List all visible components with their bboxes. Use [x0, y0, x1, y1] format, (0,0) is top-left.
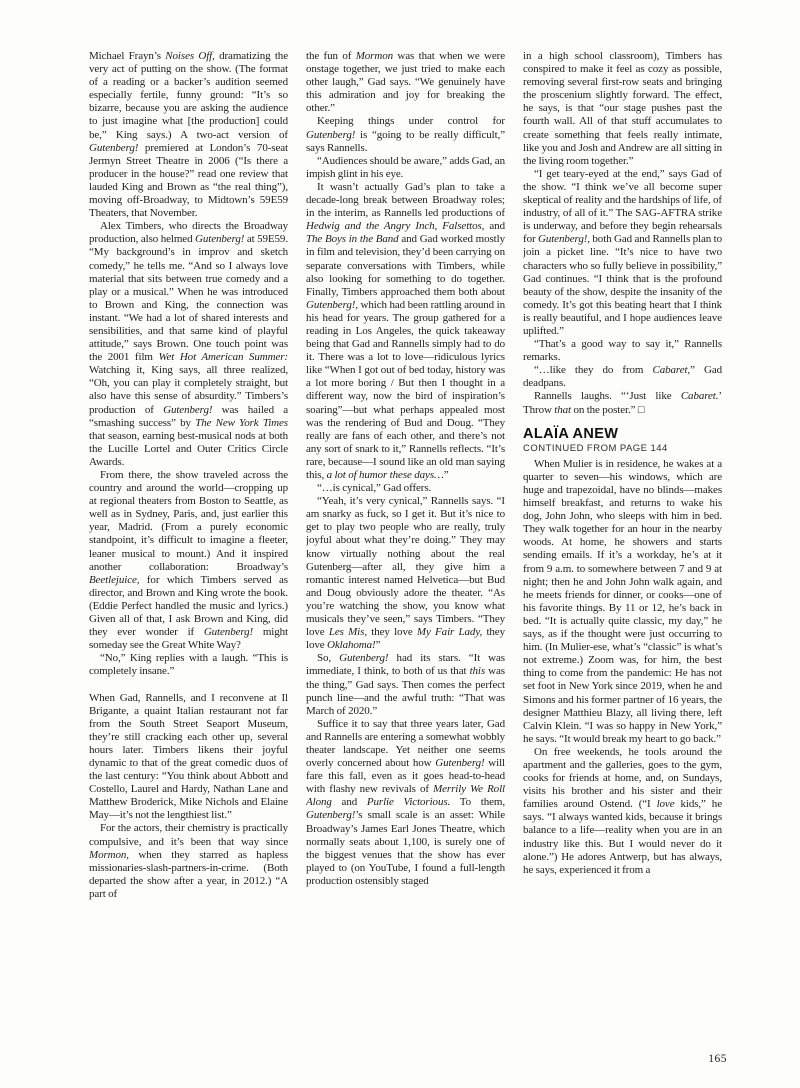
text-run: Wet Hot American Summer:	[158, 351, 288, 363]
paragraph: Suffice it to say that three years later…	[306, 718, 505, 888]
text-column-1: Michael Frayn’s Noises Off, dramatizing …	[89, 50, 288, 1014]
text-run: love	[657, 798, 675, 810]
text-run: The New York Times	[195, 417, 288, 429]
text-run: The Boys in the Band	[306, 233, 399, 245]
text-run: From there, the show traveled across the…	[89, 469, 288, 573]
text-run: at 59E59. “My background’s in improv and…	[89, 233, 288, 363]
article-columns: Michael Frayn’s Noises Off, dramatizing …	[89, 50, 722, 1014]
paragraph: “I get teary-eyed at the end,” says Gad …	[523, 168, 722, 338]
text-run: that	[554, 404, 571, 416]
text-run: To them,	[450, 796, 505, 808]
paragraph: For the actors, their chemistry is pract…	[89, 822, 288, 901]
continued-from-note: CONTINUED FROM PAGE 144	[523, 442, 722, 455]
text-run: Cabaret.	[681, 390, 719, 402]
text-run: Falsettos,	[442, 220, 484, 232]
text-run: Gutenberg!	[306, 809, 355, 821]
text-run: Gutenberg!	[339, 652, 388, 664]
text-run: Gutenberg!	[204, 626, 253, 638]
text-run: this	[470, 665, 486, 677]
text-run: dramatizing the very act of putting on t…	[89, 50, 288, 141]
text-run: Gutenberg!	[163, 404, 212, 416]
text-run: When Mulier is in residence, he wakes at…	[523, 458, 722, 745]
text-run: they love	[367, 626, 417, 638]
text-run: and	[484, 220, 505, 232]
paragraph: the fun of Mormon was that when we were …	[306, 50, 505, 115]
paragraph: From there, the show traveled across the…	[89, 469, 288, 652]
text-run: When Gad, Rannells, and I reconvene at I…	[89, 692, 288, 822]
text-run: “No,” King replies with a laugh. “This i…	[89, 652, 288, 677]
paragraph: When Gad, Rannells, and I reconvene at I…	[89, 692, 288, 823]
paragraph: in a high school classroom), Timbers has…	[523, 50, 722, 168]
paragraph: So, Gutenberg! had its stars. “It was im…	[306, 652, 505, 717]
text-run: It wasn’t actually Gad’s plan to take a …	[306, 181, 505, 219]
text-run: Gutenberg!	[306, 129, 355, 141]
text-run: the fun of	[306, 50, 356, 62]
text-run: Gutenberg!	[435, 757, 484, 769]
text-run: in a high school classroom), Timbers has…	[523, 50, 722, 167]
text-run: Cabaret,	[652, 364, 690, 376]
paragraph: Alex Timbers, who directs the Broadway p…	[89, 220, 288, 469]
text-run: “…like they do from	[534, 364, 652, 376]
text-run: Noises Off,	[165, 50, 214, 62]
text-run: Michael Frayn’s	[89, 50, 165, 62]
text-run: a lot of humor these days…	[327, 469, 444, 481]
text-column-2: the fun of Mormon was that when we were …	[306, 50, 505, 1014]
text-run: on the poster.” □	[571, 404, 644, 416]
text-run: “…is cynical,” Gad offers.	[317, 482, 431, 494]
text-run: and	[332, 796, 367, 808]
text-run: Gutenberg!,	[306, 299, 358, 311]
text-run: which had been rattling around in his he…	[306, 299, 505, 481]
magazine-page: Michael Frayn’s Noises Off, dramatizing …	[0, 0, 800, 1088]
paragraph: “No,” King replies with a laugh. “This i…	[89, 652, 288, 678]
text-run: Rannells laughs. “‘Just like	[534, 390, 681, 402]
paragraph: It wasn’t actually Gad’s plan to take a …	[306, 181, 505, 482]
paragraph: “…like they do from Cabaret,” Gad deadpa…	[523, 364, 722, 390]
paragraph: “…is cynical,” Gad offers.	[306, 482, 505, 495]
paragraph: “That’s a good way to say it,” Rannells …	[523, 338, 722, 364]
text-run: that season, earning best-musical nods a…	[89, 430, 288, 468]
text-column-3: in a high school classroom), Timbers has…	[523, 50, 722, 1014]
text-run: Les Mis,	[329, 626, 367, 638]
text-run: ”	[376, 639, 381, 651]
text-run: My Fair Lady,	[417, 626, 482, 638]
paragraph: Rannells laughs. “‘Just like Cabaret.’ T…	[523, 390, 722, 416]
text-run: Gutenberg!	[195, 233, 244, 245]
section-heading: ALAÏA ANEW	[523, 428, 722, 441]
text-run: Keeping things under control for	[317, 115, 505, 127]
text-run: Gutenberg!,	[538, 233, 590, 245]
text-run: Purlie Victorious.	[367, 796, 450, 808]
text-run: “That’s a good way to say it,” Rannells …	[523, 338, 722, 363]
text-run: Gutenberg!	[89, 142, 138, 154]
text-run: Beetlejuice,	[89, 574, 139, 586]
paragraph: Michael Frayn’s Noises Off, dramatizing …	[89, 50, 288, 220]
paragraph: “Audiences should be aware,” adds Gad, a…	[306, 155, 505, 181]
text-run: So,	[317, 652, 339, 664]
text-run: Oklahoma!	[327, 639, 376, 651]
paragraph: On free weekends, he tools around the ap…	[523, 746, 722, 877]
paragraph: Keeping things under control for Gutenbe…	[306, 115, 505, 154]
text-run: both Gad and Rannells plan to join a pic…	[523, 233, 722, 337]
page-number: 165	[708, 1053, 727, 1065]
paragraph: “Yeah, it’s very cynical,” Rannells says…	[306, 495, 505, 652]
text-run: “Yeah, it’s very cynical,” Rannells says…	[306, 495, 505, 638]
text-run: ”	[444, 469, 449, 481]
text-run: Hedwig and the Angry Inch,	[306, 220, 437, 232]
text-run: “Audiences should be aware,” adds Gad, a…	[306, 155, 505, 180]
text-run: Mormon	[356, 50, 393, 62]
text-run: For the actors, their chemistry is pract…	[89, 822, 288, 847]
text-run: Mormon,	[89, 849, 129, 861]
paragraph: When Mulier is in residence, he wakes at…	[523, 458, 722, 746]
